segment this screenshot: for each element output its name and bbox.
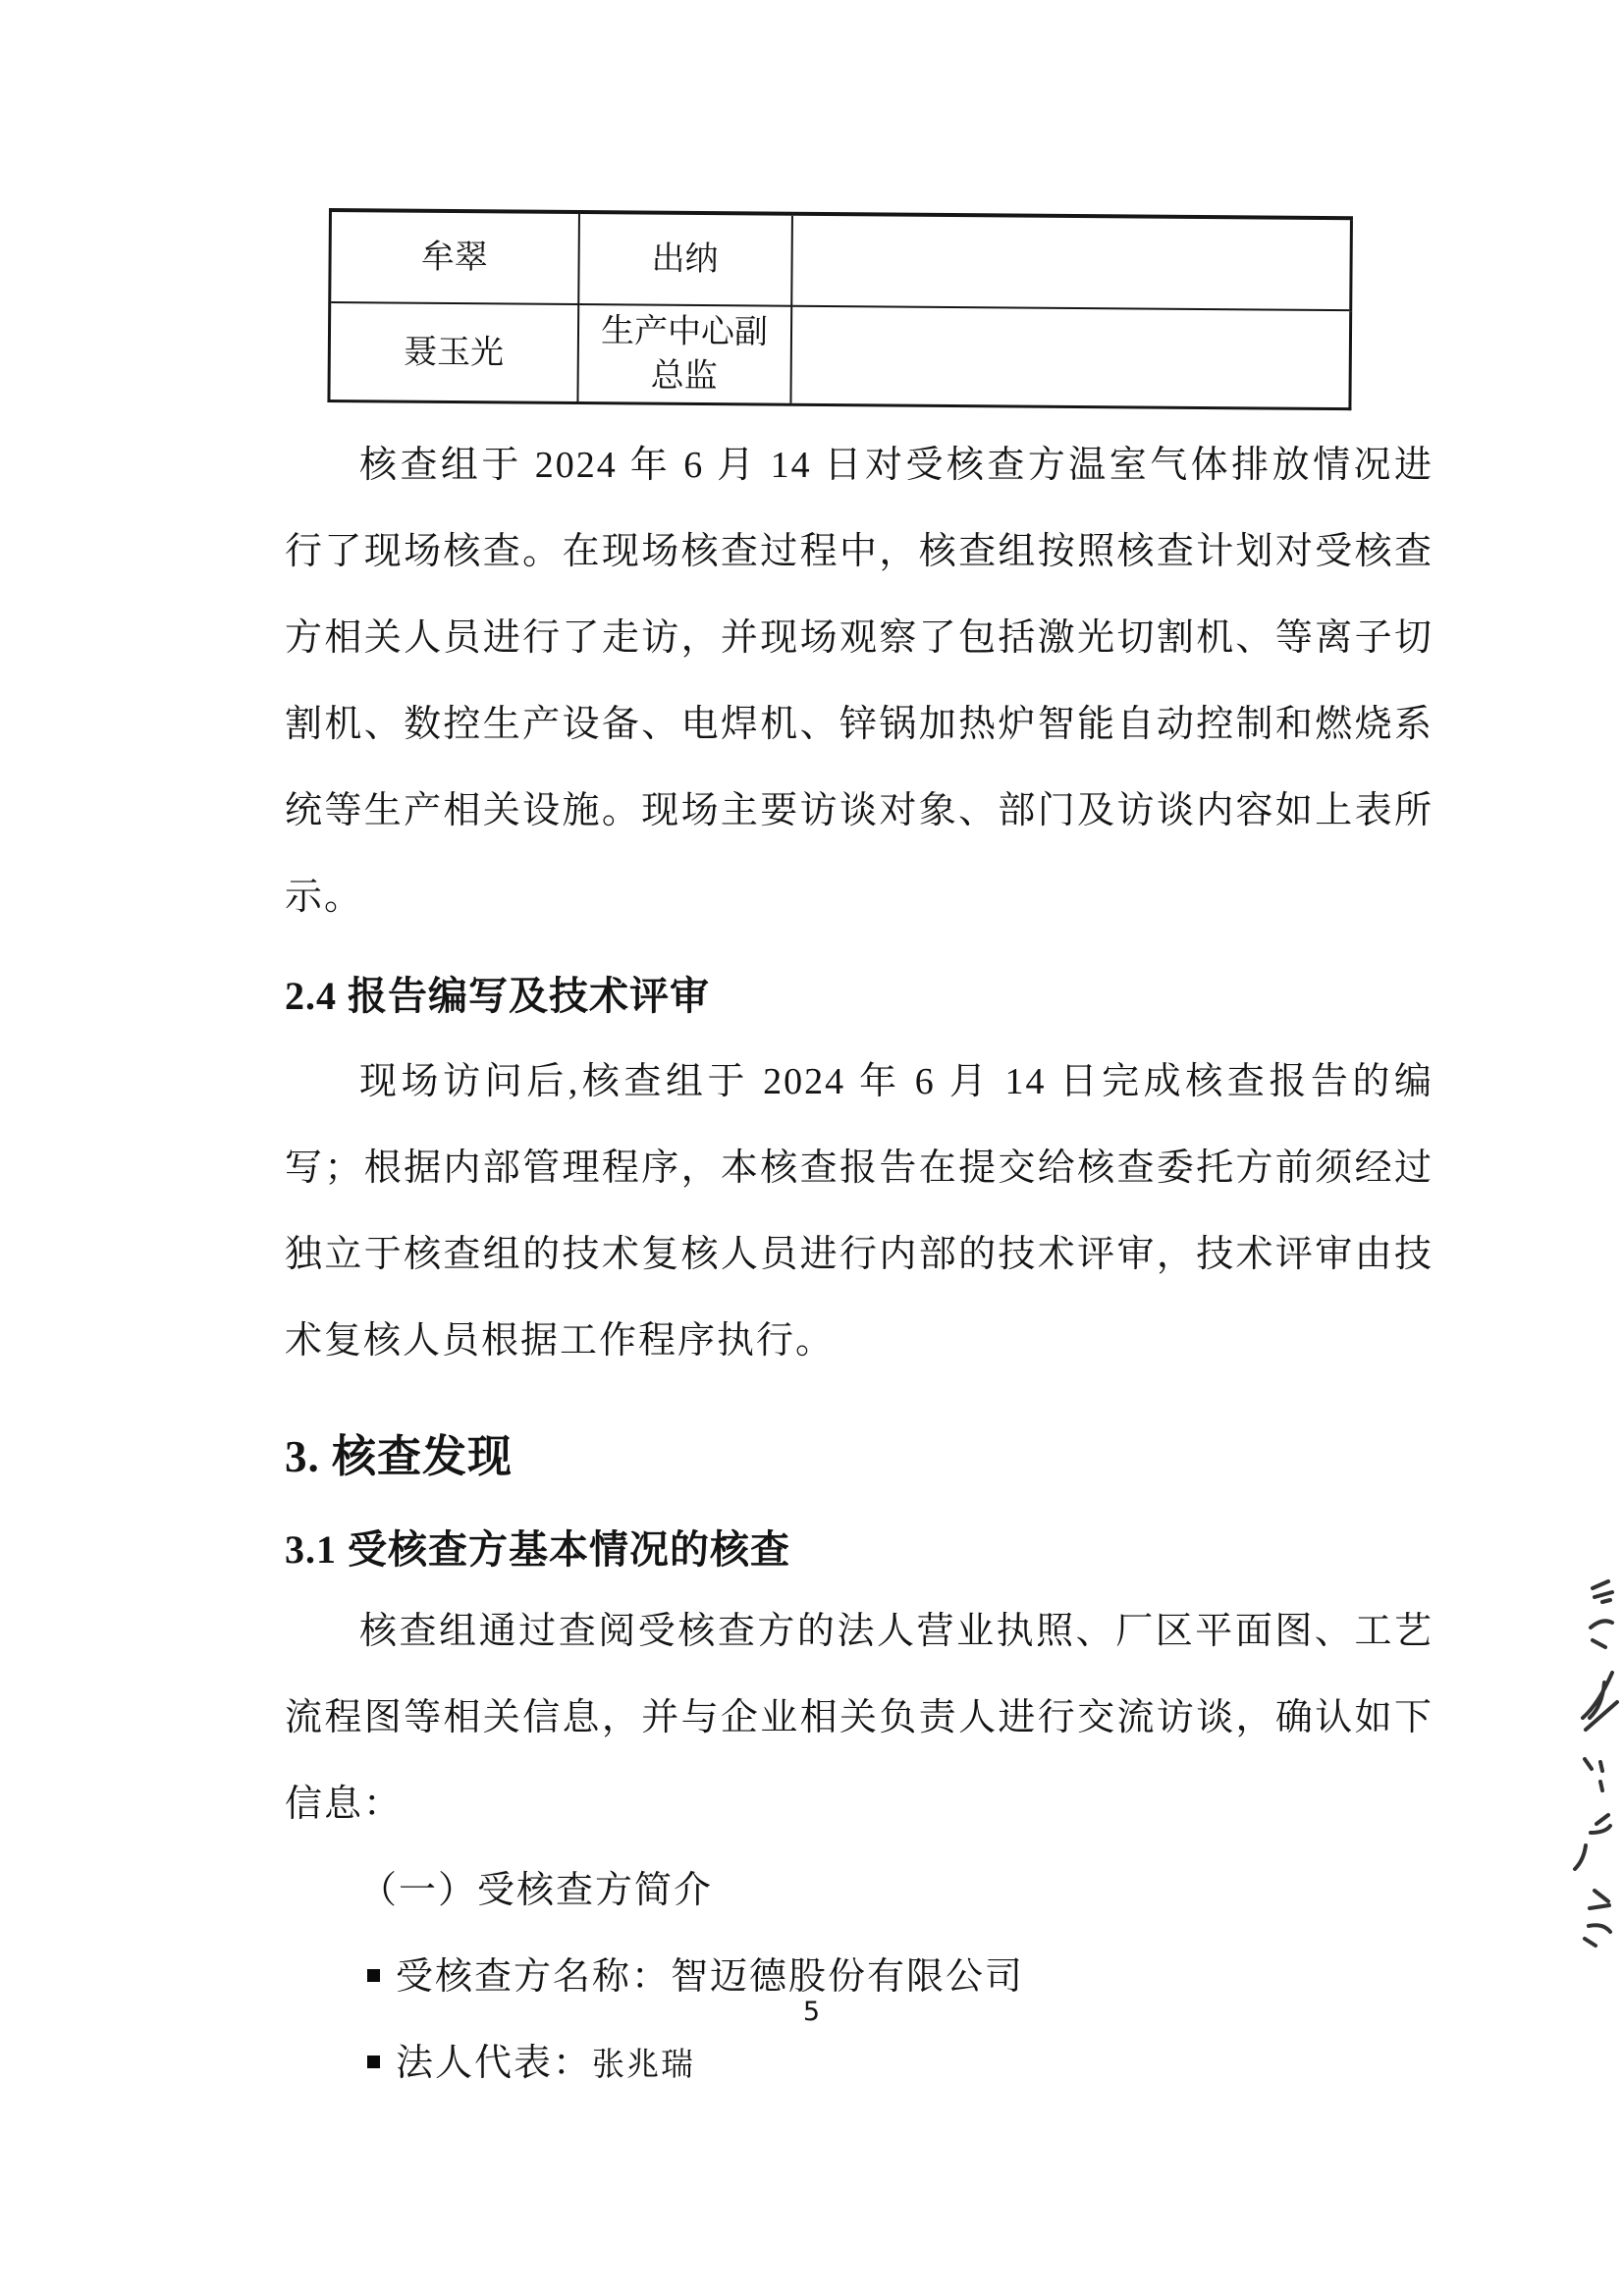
- square-bullet-icon: [367, 2056, 380, 2068]
- scanned-document-page: 牟翠 出纳 聂玉光 生产中心副总监 核查组于 2024 年 6 月 14 日对受…: [0, 0, 1623, 2296]
- heading-section-3: 3. 核查发现: [285, 1425, 1434, 1488]
- document-body: 牟翠 出纳 聂玉光 生产中心副总监 核查组于 2024 年 6 月 14 日对受…: [285, 0, 1434, 2109]
- table-cell-department: 出纳: [578, 212, 792, 306]
- paragraph-report-review: 现场访问后,核查组于 2024 年 6 月 14 日完成核查报告的编写；根据内部…: [285, 1039, 1434, 1384]
- paragraph-site-visit: 核查组于 2024 年 6 月 14 日对受核查方温室气体排放情况进行了现场核查…: [285, 422, 1434, 940]
- bullet-legal-representative: 法人代表：张兆瑞: [285, 2020, 1434, 2109]
- table-cell-content: [790, 306, 1351, 409]
- bullet-value: 张兆瑞: [592, 2048, 695, 2083]
- square-bullet-icon: [367, 1969, 380, 1982]
- bullet-label: 受核查方名称：: [396, 1956, 671, 1998]
- interviewee-table: 牟翠 出纳 聂玉光 生产中心副总监: [327, 208, 1353, 410]
- table-cell-content: [791, 214, 1352, 310]
- paragraph-basic-info-check: 核查组通过查阅受核查方的法人营业执照、厂区平面图、工艺流程图等相关信息，并与企业…: [285, 1588, 1434, 1847]
- heading-section-3-1: 3.1 受核查方基本情况的核查: [285, 1520, 1434, 1580]
- bullet-label: 法人代表：: [396, 2043, 592, 2084]
- table-row: 聂玉光 生产中心副总监: [329, 302, 1351, 409]
- margin-handwriting-marks: [1542, 1567, 1623, 1959]
- subsection-intro-label: （一）受核查方简介: [285, 1847, 1434, 1934]
- table-cell-interviewee: 聂玉光: [329, 302, 578, 402]
- table-cell-department: 生产中心副总监: [577, 304, 791, 404]
- bullet-value: 智迈德股份有限公司: [671, 1956, 1024, 1998]
- heading-section-2-4: 2.4 报告编写及技术评审: [285, 966, 1434, 1027]
- table-row: 牟翠 出纳: [330, 210, 1352, 310]
- table-cell-interviewee: 牟翠: [330, 210, 579, 304]
- page-number: 5: [0, 1997, 1623, 2027]
